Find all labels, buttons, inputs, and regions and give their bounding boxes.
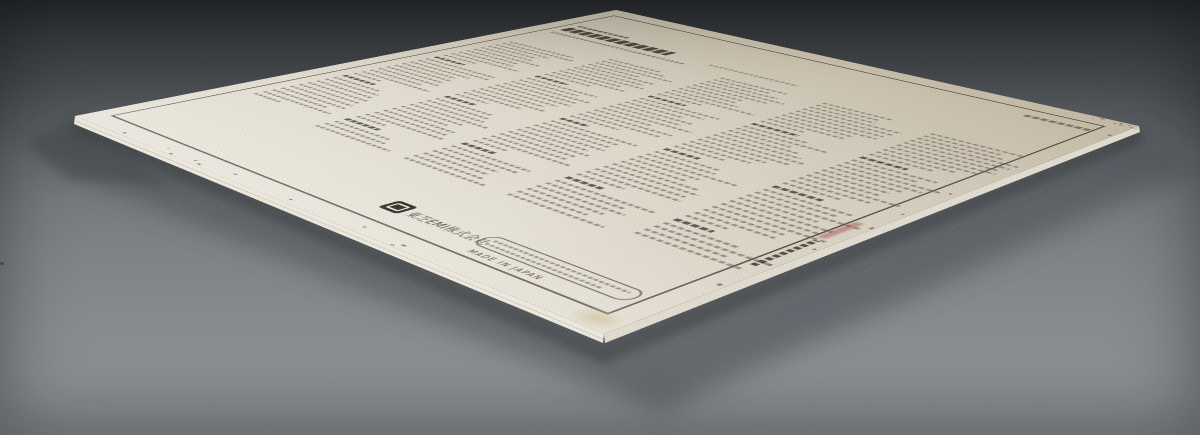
edge-wear-speck	[1113, 123, 1117, 124]
edge-wear-speck	[1107, 134, 1112, 136]
edge-wear-speck	[233, 173, 238, 175]
edge-wear-speck	[1100, 118, 1106, 120]
edge-wear-speck	[400, 244, 407, 246]
photo-scene: 東芝EMI株式会社 MADE IN JAPAN	[0, 0, 1200, 435]
edge-wear-speck	[390, 244, 395, 246]
edge-wear-speck	[362, 226, 367, 228]
edge-wear-speck	[169, 153, 174, 155]
edge-wear-speck	[1128, 125, 1131, 126]
edge-wear-speck	[289, 199, 294, 200]
edge-wear-speck	[122, 132, 127, 133]
edge-wear-speck	[193, 160, 198, 161]
edge-wear-speck	[1091, 118, 1094, 119]
edge-wear-speck	[167, 148, 170, 149]
edge-wear-speck	[1119, 124, 1124, 125]
edge-wear-speck	[196, 163, 202, 165]
edge-wear-speck	[716, 283, 724, 286]
